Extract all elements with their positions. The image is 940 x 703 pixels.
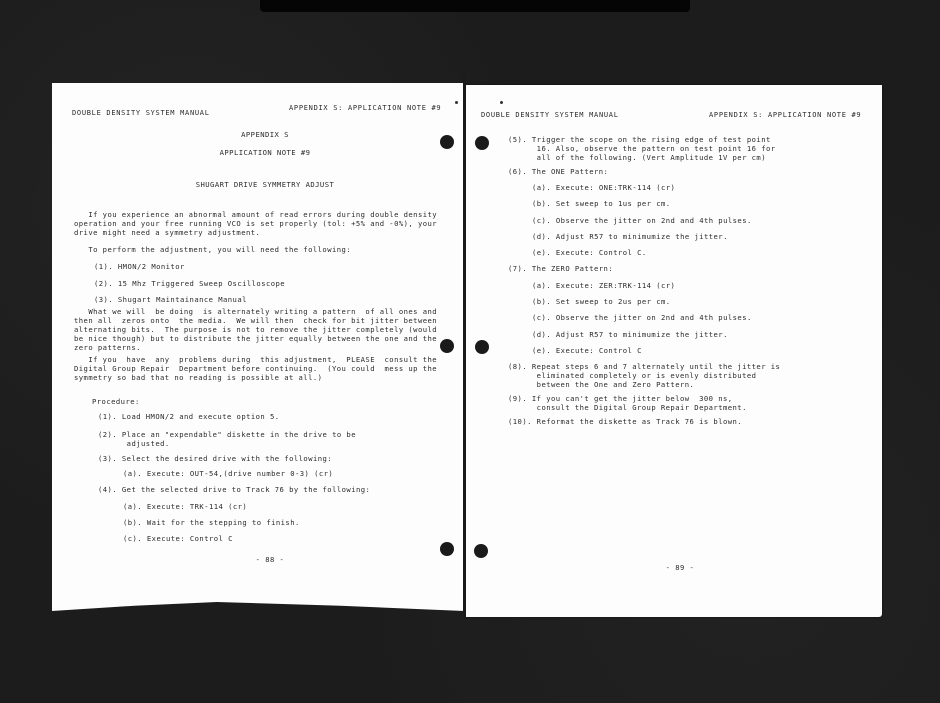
warning-paragraph: If you have any problems during this adj… xyxy=(74,355,437,382)
procedure-step: (2). Place an "expendable" diskette in t… xyxy=(98,430,356,448)
procedure-step: (b). Set sweep to 1us per cm. xyxy=(532,199,671,208)
hole-punch xyxy=(440,542,454,556)
page-number-88: - 88 - xyxy=(230,555,310,564)
intro-paragraph: If you experience an abnormal amount of … xyxy=(74,210,437,237)
procedure-step: (c). Observe the jitter on 2nd and 4th p… xyxy=(532,313,752,322)
speck xyxy=(455,101,458,104)
procedure-step: (7). The ZERO Pattern: xyxy=(508,264,613,273)
method-paragraph: What we will be doing is alternately wri… xyxy=(74,307,437,352)
procedure-step: (8). Repeat steps 6 and 7 alternately un… xyxy=(508,362,780,389)
procedure-step: (a). Execute: OUT-54,(drive number 0-3) … xyxy=(123,469,333,478)
procedure-step: (d). Adjust R57 to minimumize the jitter… xyxy=(532,330,728,339)
procedure-step: (5). Trigger the scope on the rising edg… xyxy=(508,135,776,162)
hole-punch xyxy=(475,136,489,150)
needs-item: (3). Shugart Maintainance Manual xyxy=(94,295,247,304)
header-left: DOUBLE DENSITY SYSTEM MANUAL xyxy=(481,111,619,120)
page-89 xyxy=(466,85,882,617)
subtitle: SHUGART DRIVE SYMMETRY ADJUST xyxy=(160,180,370,189)
procedure-step: (a). Execute: ONE:TRK-114 (cr) xyxy=(532,183,675,192)
procedure-step: (c). Observe the jitter on 2nd and 4th p… xyxy=(532,216,752,225)
page-fold xyxy=(463,75,465,613)
procedure-step: (e). Execute: Control C xyxy=(532,346,642,355)
needs-item: (1). HMON/2 Monitor xyxy=(94,262,185,271)
procedure-step: (b). Wait for the stepping to finish. xyxy=(123,518,300,527)
hole-punch xyxy=(474,544,488,558)
procedure-step: (4). Get the selected drive to Track 76 … xyxy=(98,485,370,494)
procedure-step: (1). Load HMON/2 and execute option 5. xyxy=(98,412,280,421)
procedure-step: (3). Select the desired drive with the f… xyxy=(98,454,332,463)
procedure-step: (c). Execute: Control C xyxy=(123,534,233,543)
hole-punch xyxy=(440,135,454,149)
procedure-label: Procedure: xyxy=(92,397,140,406)
header-right: APPENDIX S: APPLICATION NOTE #9 xyxy=(289,104,441,113)
needs-intro: To perform the adjustment, you will need… xyxy=(74,245,351,254)
procedure-step: (b). Set sweep to 2us per cm. xyxy=(532,297,671,306)
procedure-step: (e). Execute: Control C. xyxy=(532,248,647,257)
scanner-shadow xyxy=(260,0,690,12)
procedure-step: (d). Adjust R57 to minimumize the jitter… xyxy=(532,232,728,241)
page-number-89: - 89 - xyxy=(640,563,720,572)
hole-punch xyxy=(475,340,489,354)
procedure-step: (6). The ONE Pattern: xyxy=(508,167,608,176)
needs-item: (2). 15 Mhz Triggered Sweep Oscilloscope xyxy=(94,279,285,288)
title-note: APPLICATION NOTE #9 xyxy=(180,148,350,157)
procedure-step: (9). If you can't get the jitter below 3… xyxy=(508,394,747,412)
procedure-step: (a). Execute: TRK-114 (cr) xyxy=(123,502,247,511)
header-right: APPENDIX S: APPLICATION NOTE #9 xyxy=(709,111,861,120)
speck xyxy=(500,101,503,104)
title-appendix: APPENDIX S xyxy=(200,130,330,139)
procedure-step: (10). Reformat the diskette as Track 76 … xyxy=(508,417,742,426)
hole-punch xyxy=(440,339,454,353)
procedure-step: (a). Execute: ZER:TRK-114 (cr) xyxy=(532,281,675,290)
header-left: DOUBLE DENSITY SYSTEM MANUAL xyxy=(72,109,210,118)
